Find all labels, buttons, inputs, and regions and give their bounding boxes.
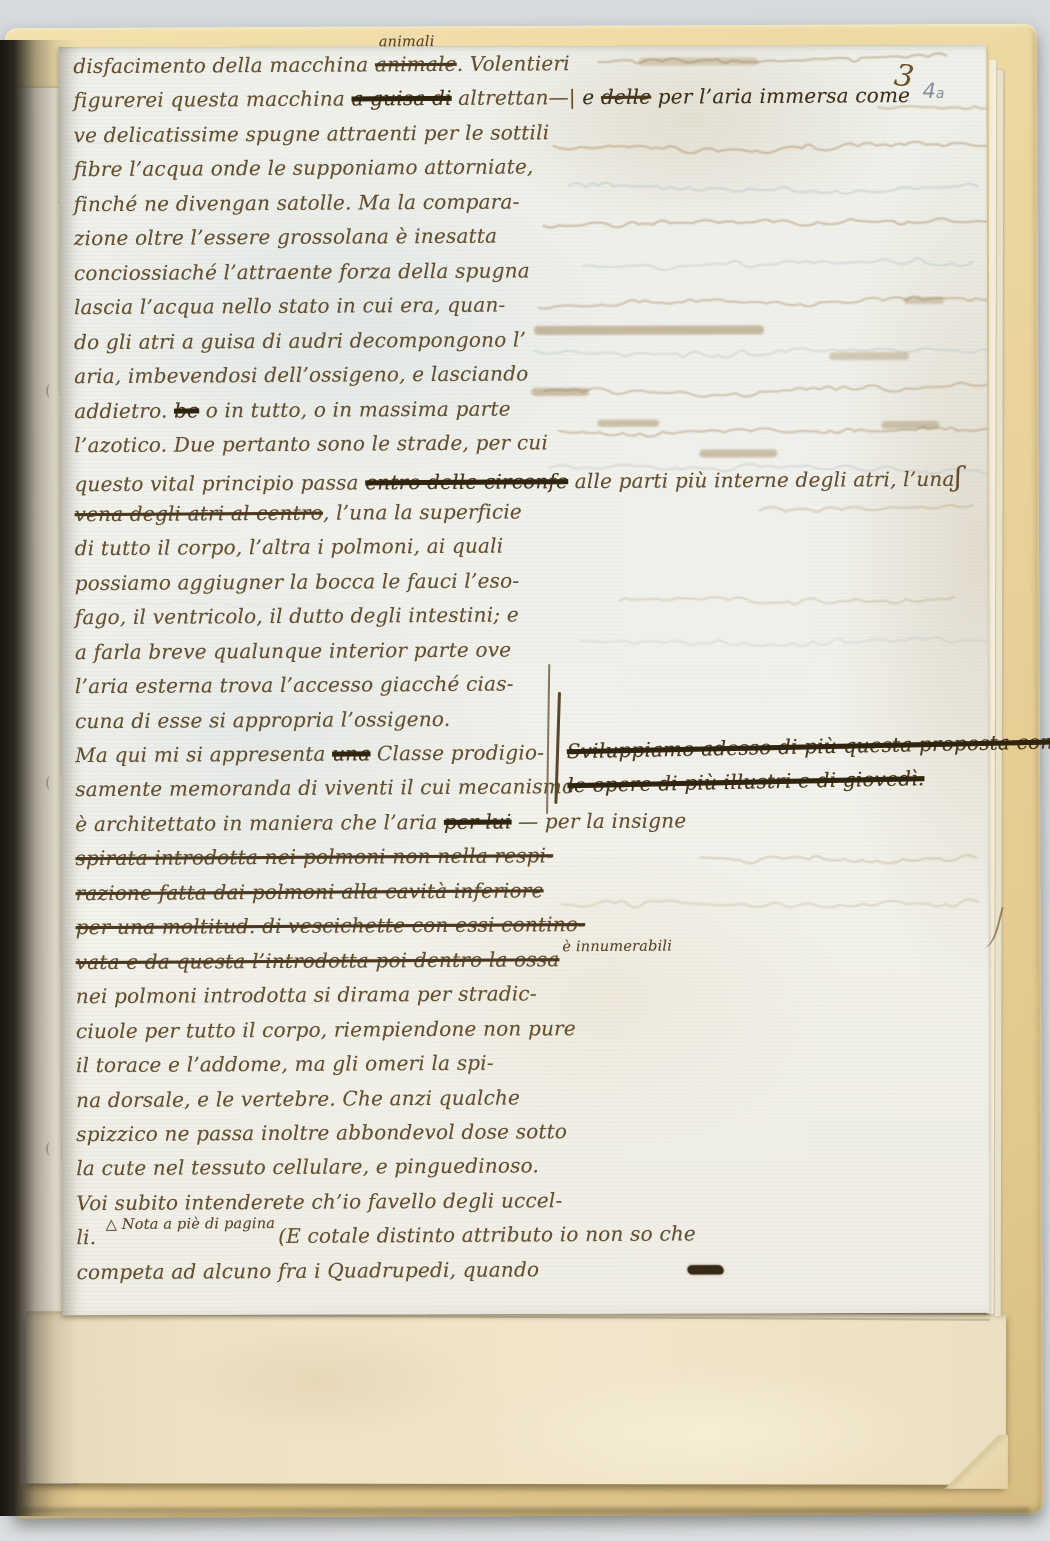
manuscript-line: la cute nel tessuto cellulare, e pingued… [76, 1156, 539, 1179]
handwritten-text: o in tutto, o in massima parte [199, 396, 511, 422]
manuscript-line: nei polmoni introdotta si dirama per str… [76, 983, 537, 1006]
handwritten-text: a farla breve qualunque interior parte o… [75, 637, 511, 664]
manuscript-line: finché ne divengan satolle. Ma la compar… [74, 191, 520, 214]
handwritten-text: competa ad alcuno fra i Quadrupedi, quan… [76, 1257, 539, 1284]
handwritten-text: conciossiaché l’attraente forza della sp… [74, 258, 530, 285]
marginal-struck-block: Sviluppiamo adesso di più questa propost… [567, 733, 1050, 809]
manuscript-line: spizzico ne passa inoltre abbondevol dos… [76, 1121, 567, 1144]
handwritten-text: è architettato in maniera che l’aria [75, 810, 444, 836]
folio-pencil-suffix: a [936, 86, 945, 102]
handwritten-text: figurerei questa macchina [73, 87, 351, 113]
handwritten-text: zione oltre l’essere grossolana è inesat… [74, 224, 497, 251]
handwritten-text: entro delle circonfe [365, 470, 568, 495]
binding-stitch [46, 1142, 55, 1156]
manuscript-line: samente memoranda di viventi il cui meca… [75, 777, 574, 800]
binding-stitch [46, 384, 55, 398]
manuscript-line: questo vital principio passa entro delle… [74, 464, 962, 496]
manuscript-line: Voi subito intenderete ch’io favello deg… [76, 1190, 562, 1213]
manuscript-line: è architettato in maniera che l’aria per… [75, 810, 686, 834]
handwritten-text: l’azotico. Due pertanto sono le strade, … [74, 430, 548, 457]
handwritten-text: vata e da questa l’introdotta poi dentro… [76, 947, 560, 974]
handwritten-text: addietro. [74, 398, 174, 423]
under-leaf-corner-fold [938, 1435, 1008, 1489]
handwritten-text: li. [76, 1225, 102, 1249]
manuscript-line: di tutto il corpo, l’altra i polmoni, ai… [75, 536, 504, 559]
manuscript-line: fibre l’acqua onde le supponiamo attorni… [74, 157, 534, 180]
handwritten-text: per una moltitud. di vescichette con ess… [76, 912, 586, 939]
handwritten-text: , l’una la superficie [323, 499, 522, 524]
handwritten-text: — per la insigne [511, 808, 686, 833]
handwritten-text: una [332, 741, 370, 765]
manuscript-line: na dorsale, e le vertebre. Che anzi qual… [76, 1087, 520, 1110]
handwritten-text: spirata introdotta nei polmoni non nella… [75, 844, 553, 871]
manuscript-line: figurerei questa macchina a guisa di alt… [73, 86, 910, 111]
manuscript-line: disfacimento della macchina animaleanima… [73, 53, 570, 76]
handwritten-text: delle [601, 85, 651, 109]
blank-under-leaf [26, 1311, 1006, 1485]
handwritten-text: ʃ [954, 462, 962, 493]
ink-blot [687, 1265, 723, 1274]
handwritten-text: vena degli atri al centro [74, 501, 323, 527]
manuscript-line: conciossiaché l’attraente forza della sp… [74, 260, 530, 283]
handwritten-text: Classe prodigio- [370, 740, 544, 765]
handwritten-text: altrettan—| [452, 86, 583, 111]
handwritten-text: spizzico ne passa inoltre abbondevol dos… [76, 1119, 567, 1146]
manuscript-line: addietro. be o in tutto, o in massima pa… [74, 398, 511, 421]
cover-shadow [20, 1508, 1030, 1516]
handwritten-text: per l’aria immersa come [651, 84, 910, 110]
manuscript-line: zione oltre l’essere grossolana è inesat… [74, 226, 497, 249]
interlinear-insertion: △ Nota a piè di pagina [106, 1217, 275, 1233]
manuscript-line: lascia l’acqua nello stato in cui era, q… [74, 295, 506, 318]
handwritten-text: di tutto il corpo, l’altra i polmoni, ai… [75, 534, 504, 561]
text-layer: disfacimento della macchina animaleanima… [58, 45, 989, 1315]
handwritten-text: la cute nel tessuto cellulare, e pingued… [76, 1154, 539, 1181]
handwritten-text: alle parti più interne degli atri, l’una [568, 467, 955, 493]
handwritten-text: samente memoranda di viventi il cui meca… [75, 775, 574, 802]
handwritten-text: a guisa di [351, 86, 451, 111]
handwritten-text: le opere di più illustri e di giovedì. [567, 766, 924, 797]
handwritten-text: fago, il ventricolo, il dutto degli inte… [75, 603, 519, 630]
handwritten-text: lascia l’acqua nello stato in cui era, q… [74, 293, 506, 320]
interlinear-insertion: animali [379, 35, 435, 50]
manuscript-page: disfacimento della macchina animaleanima… [58, 45, 989, 1315]
handwritten-text: (E cotale distinto attributo io non so c… [278, 1222, 696, 1249]
manuscript-line: possiamo aggiugner la bocca le fauci l’e… [75, 570, 520, 593]
scanned-book-page: disfacimento della macchina animaleanima… [0, 0, 1050, 1541]
manuscript-line: fago, il ventricolo, il dutto degli inte… [75, 605, 519, 628]
handwritten-text: disfacimento della macchina [73, 52, 375, 78]
handwritten-text: possiamo aggiugner la bocca le fauci l’e… [75, 568, 520, 595]
manuscript-line: per una moltitud. di vescichette con ess… [76, 914, 586, 937]
folio-number-pencil: 4a [922, 79, 944, 103]
handwritten-text: cuna di esse si appropria l’ossigeno. [75, 706, 450, 732]
handwritten-text: do gli atri a guisa di audri decompongon… [74, 327, 526, 354]
handwritten-text: na dorsale, e le vertebre. Che anzi qual… [76, 1085, 520, 1112]
marginal-struck-line: le opere di più illustri e di giovedì. [567, 766, 1050, 796]
handwritten-text: il torace e l’addome, ma gli omeri la sp… [76, 1051, 494, 1078]
handwritten-text: fibre l’acqua onde le supponiamo attorni… [74, 155, 534, 182]
manuscript-line: li. △ Nota a piè di pagina(E cotale dist… [76, 1224, 696, 1248]
manuscript-line: aria, imbevendosi dell’ossigeno, e lasci… [74, 363, 528, 386]
manuscript-line: a farla breve qualunque interior parte o… [75, 639, 511, 662]
manuscript-line: competa ad alcuno fra i Quadrupedi, quan… [76, 1258, 723, 1282]
handwritten-text: aria, imbevendosi dell’ossigeno, e lasci… [74, 361, 528, 388]
struck-word-with-insertion: animaleanimali [375, 52, 457, 76]
handwritten-text: nei polmoni introdotta si dirama per str… [76, 981, 537, 1008]
handwritten-text: ve delicatissime spugne attraenti per le… [73, 120, 549, 147]
manuscript-line: do gli atri a guisa di audri decompongon… [74, 329, 526, 352]
handwritten-text: ciuole per tutto il corpo, riempiendone … [76, 1016, 576, 1043]
handwritten-text: finché ne divengan satolle. Ma la compar… [74, 189, 520, 216]
manuscript-line: ve delicatissime spugne attraenti per le… [74, 122, 550, 145]
binding-stitch [46, 776, 55, 790]
handwritten-text: l’aria esterna trova l’accesso giacché c… [75, 672, 514, 699]
handwritten-text: e [582, 85, 601, 109]
handwritten-text: . Volentieri [457, 51, 570, 76]
manuscript-line: spirata introdotta nei polmoni non nella… [75, 846, 553, 869]
handwritten-text: Voi subito intenderete ch’io favello deg… [76, 1188, 562, 1215]
handwritten-text: razione fatta dai polmoni alla cavità in… [75, 878, 543, 905]
handwritten-text: Ma qui mi si appresenta [75, 742, 332, 768]
manuscript-line: vena degli atri al centro, l’una la supe… [75, 501, 522, 524]
manuscript-line: il torace e l’addome, ma gli omeri la sp… [76, 1053, 494, 1076]
manuscript-line: l’azotico. Due pertanto sono le strade, … [74, 432, 548, 455]
manuscript-line: l’aria esterna trova l’accesso giacché c… [75, 674, 514, 697]
manuscript-line: razione fatta dai polmoni alla cavità in… [75, 880, 543, 903]
manuscript-line: ciuole per tutto il corpo, riempiendone … [76, 1018, 576, 1041]
manuscript-line: cuna di esse si appropria l’ossigeno. [75, 708, 450, 730]
manuscript-line: vata e da questa l’introdotta poi dentro… [76, 948, 676, 972]
handwritten-text: be [174, 398, 199, 422]
folio-pencil-digit: 4 [922, 79, 935, 103]
handwritten-text: per lui [444, 809, 512, 833]
handwritten-text: questo vital principio passa [74, 471, 365, 497]
interlinear-insertion: è innumerabili [562, 939, 672, 954]
manuscript-line: Ma qui mi si appresenta una Classe prodi… [75, 742, 544, 765]
